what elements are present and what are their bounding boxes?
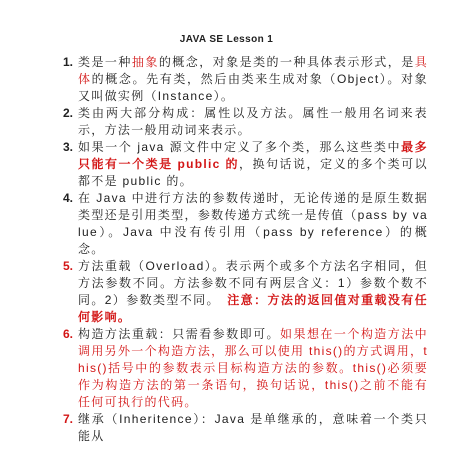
text-segment: 抽象 [132, 55, 159, 69]
text-segment: 类是一种 [78, 55, 132, 69]
text-segment: 在 Java 中进行方法的参数传递时，无论传递的是原生数据类型还是引用类型，参数… [78, 191, 428, 256]
item-number: 5. [63, 258, 78, 326]
text-segment: 的概念，对象是类的一种具体表示形式，是 [159, 55, 415, 69]
list-item-6: 6.构造方法重载：只需看参数即可。如果想在一个构造方法中调用另外一个构造方法，那… [63, 326, 428, 411]
text-segment: 继承（Inheritence）：Java 是单继承的，意味着一个类只能从 [78, 412, 428, 443]
list-item-5: 5.方法重载（Overload）。表示两个或多个方法名字相同，但方法参数不同。方… [63, 258, 428, 326]
item-text: 如果一个 java 源文件中定义了多个类，那么这些类中最多只能有一个类是 pub… [78, 139, 428, 190]
item-number: 7. [63, 411, 78, 445]
item-text: 类由两大部分构成：属性以及方法。属性一般用名词来表示，方法一般用动词来表示。 [78, 105, 428, 139]
item-number: 4. [63, 190, 78, 258]
list-item-1: 1.类是一种抽象的概念，对象是类的一种具体表示形式，是具体的概念。先有类，然后由… [63, 54, 428, 105]
list-item-4: 4.在 Java 中进行方法的参数传递时，无论传递的是原生数据类型还是引用类型，… [63, 190, 428, 258]
document-page: JAVA SE Lesson 1 1.类是一种抽象的概念，对象是类的一种具体表示… [0, 0, 453, 453]
list-item-3: 3.如果一个 java 源文件中定义了多个类，那么这些类中最多只能有一个类是 p… [63, 139, 428, 190]
text-segment: 类由两大部分构成：属性以及方法。属性一般用名词来表示，方法一般用动词来表示。 [78, 106, 428, 137]
text-segment: 的概念。先有类，然后由类来生成对象（Object）。对象又叫做实例（Instan… [78, 72, 428, 103]
text-segment: 如果一个 java 源文件中定义了多个类，那么这些类中 [78, 140, 401, 154]
item-number: 2. [63, 105, 78, 139]
document-title: JAVA SE Lesson 1 [0, 0, 453, 45]
item-text: 构造方法重载：只需看参数即可。如果想在一个构造方法中调用另外一个构造方法，那么可… [78, 326, 428, 411]
item-text: 继承（Inheritence）：Java 是单继承的，意味着一个类只能从 [78, 411, 428, 445]
item-text: 方法重载（Overload）。表示两个或多个方法名字相同，但方法参数不同。方法参… [78, 258, 428, 326]
list-item-2: 2.类由两大部分构成：属性以及方法。属性一般用名词来表示，方法一般用动词来表示。 [63, 105, 428, 139]
item-number: 1. [63, 54, 78, 105]
item-text: 类是一种抽象的概念，对象是类的一种具体表示形式，是具体的概念。先有类，然后由类来… [78, 54, 428, 105]
list-item-7: 7.继承（Inheritence）：Java 是单继承的，意味着一个类只能从 [63, 411, 428, 445]
item-number: 3. [63, 139, 78, 190]
item-text: 在 Java 中进行方法的参数传递时，无论传递的是原生数据类型还是引用类型，参数… [78, 190, 428, 258]
text-segment: 构造方法重载：只需看参数即可。 [78, 327, 280, 341]
numbered-list: 1.类是一种抽象的概念，对象是类的一种具体表示形式，是具体的概念。先有类，然后由… [63, 54, 428, 445]
item-number: 6. [63, 326, 78, 411]
